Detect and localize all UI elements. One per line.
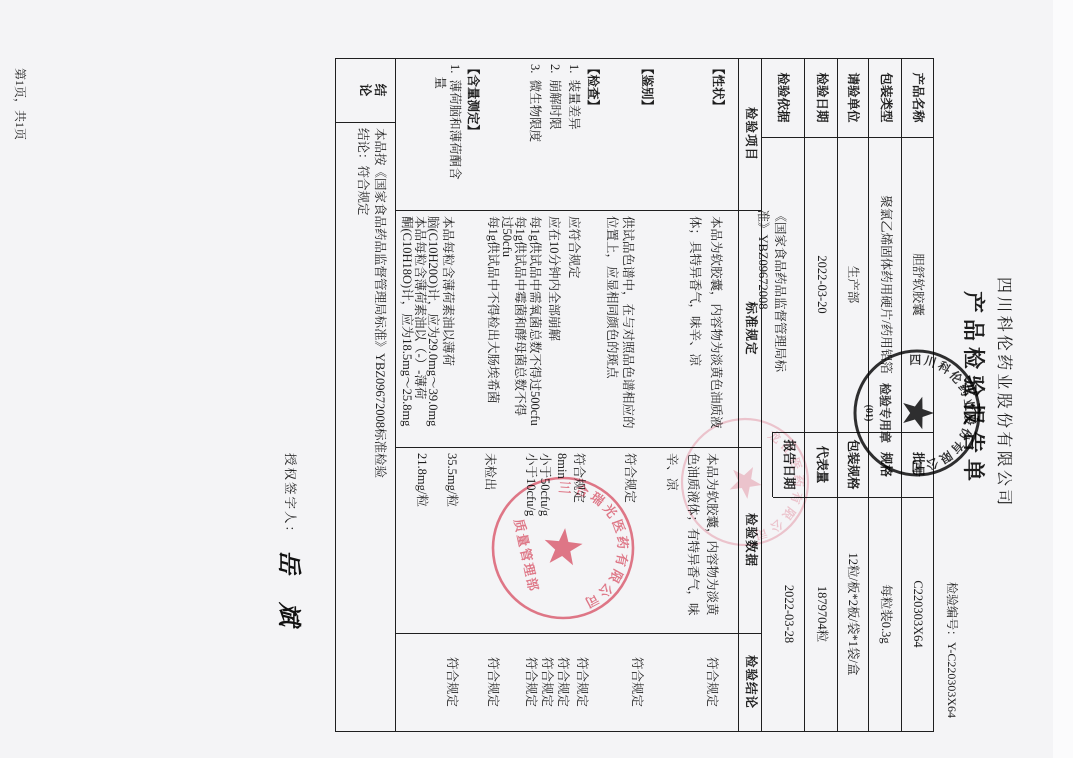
test-item-fill-variation: 1. 装量差异	[567, 64, 581, 130]
test-data: 符合规定	[572, 453, 586, 503]
batch-number-value: C220303X64	[911, 497, 925, 731]
test-item-disintegration: 2. 崩解时限	[548, 64, 562, 130]
cell-divider	[772, 432, 773, 497]
test-data: 符合规定	[623, 453, 637, 503]
product-name-value: 胆舒软胶囊	[911, 137, 925, 432]
company-name: 四川科伦药业股份有限公司	[994, 277, 1012, 509]
conclusion-label: 论	[358, 58, 372, 122]
test-data: 未检出	[483, 453, 497, 491]
test-standard: 过50cfu	[500, 216, 514, 257]
test-item-menthol-content: 1. 薄荷脑和薄荷酮含	[448, 64, 462, 180]
test-section-assay: 【含量测定】	[466, 62, 480, 137]
test-standard: 本品每粒含薄荷素油以（-）-薄荷	[413, 216, 427, 399]
test-standard: 本品为软胶囊，内容物为淡黄色油质液	[709, 216, 723, 429]
specification-label: 规格	[879, 432, 893, 497]
column-header-standard: 标准规定	[744, 210, 758, 447]
page-indicator: 第1页，共1页	[13, 68, 27, 140]
test-data: 8min	[555, 453, 569, 479]
conclusion-text: 本品按《国家食品药品监督管理局标准》YBZ09672008标准检验	[373, 128, 387, 478]
test-section-examination: 【检查】	[586, 62, 600, 112]
signatory-signature: 岳斌	[276, 550, 302, 654]
package-type-label: 包装类型	[879, 58, 893, 137]
inspection-date-label: 检验日期	[815, 58, 829, 137]
row-divider	[868, 58, 869, 731]
report-number: 检验编号：Y-C220303X64	[945, 582, 959, 718]
row-divider	[804, 58, 805, 731]
signatory-label: 授权签字人：	[283, 453, 297, 540]
column-divider	[396, 210, 762, 211]
test-standard: 每1g供试品中不得检出大肠埃希菌	[486, 216, 500, 404]
test-result: 符合规定	[556, 633, 570, 731]
report-date-label: 报告日期	[782, 432, 796, 497]
test-standard: 脑(C10H20O)计，应为29.0mg～39.0mg	[426, 216, 440, 426]
test-data: 小于10cfu/g	[524, 453, 538, 516]
test-item-identification: 【鉴别】	[640, 62, 654, 112]
report-date-value: 2022-03-28	[782, 497, 796, 731]
test-data: 本品为软胶囊，内容物为淡黄	[705, 453, 719, 616]
requesting-unit-label: 请验单位	[846, 58, 860, 137]
requesting-unit-value: 生产部	[846, 137, 860, 432]
column-header-item: 检验项目	[744, 58, 758, 210]
row-divider	[837, 58, 838, 731]
test-standard: 位置上，应显相同颜色的斑点	[605, 216, 619, 379]
test-data: 35.5mg/粒	[445, 453, 459, 507]
test-standard: 供试品色谱中，在与对照品色谱相应的	[621, 216, 635, 429]
test-result: 符合规定	[630, 633, 644, 731]
test-item-microbial-limit: 3. 微生物限度	[528, 64, 542, 142]
column-divider	[396, 447, 762, 448]
scan-edge	[1053, 0, 1073, 758]
batch-number-label: 批号	[911, 432, 925, 497]
inspection-report-page: 四川科伦药业股份有限公司 产品检验报告单 检验编号：Y-C220303X64 产…	[0, 0, 1073, 758]
test-standard: 体；具特异香气，味辛、凉	[688, 216, 702, 366]
report-title: 产品检验报告单	[961, 291, 985, 487]
test-item-appearance: 【性状】	[711, 62, 725, 112]
test-data: 辛、凉	[665, 453, 679, 491]
package-spec-value: 12粒/板*2板/袋*1袋/盒	[846, 497, 860, 731]
test-data: 小于50cfu/g	[538, 453, 552, 516]
row-divider	[395, 58, 396, 731]
test-result: 符合规定	[575, 633, 589, 731]
test-result: 符合规定	[540, 633, 554, 731]
report-number-label: 检验编号：	[945, 582, 959, 642]
test-standard: 应在10分钟内全部崩解	[547, 216, 561, 341]
test-item-menthol-content: 量	[433, 64, 447, 89]
package-type-value: 聚氯乙烯固体药用硬片/药用铝箔	[879, 137, 893, 432]
test-result: 符合规定	[705, 633, 719, 731]
test-data: 21.8mg/粒	[415, 453, 429, 507]
row-divider	[901, 58, 902, 731]
inspection-basis-line: 《国家食品药品监督管理局标	[770, 209, 787, 372]
product-name-label: 产品名称	[911, 58, 925, 137]
test-result: 符合规定	[486, 633, 500, 731]
sample-quantity-value: 1879704粒	[815, 497, 829, 731]
test-standard: 每1g供试品中霉菌和酵母菌总数不得	[513, 216, 527, 416]
test-result: 符合规定	[524, 633, 538, 731]
report-number-value: Y-C220303X64	[945, 642, 959, 718]
package-spec-label: 包装规格	[846, 432, 860, 497]
sample-quantity-label: 代表量	[815, 432, 829, 497]
column-header-result: 检验结论	[744, 633, 758, 731]
test-data: 色油质液体；有特异香气，味	[686, 453, 700, 616]
test-standard: 应符合规定	[567, 216, 581, 279]
conclusion-label: 结	[373, 58, 387, 122]
specification-value: 每粒装0.3g	[879, 497, 893, 731]
test-standard: 酮(C10H18O)计，应为18.5mg～25.8mg	[400, 216, 414, 426]
test-result: 符合规定	[445, 633, 459, 731]
test-standard: 本品每粒含薄荷素油以薄荷	[441, 216, 455, 366]
test-standard: 每1g供试品中需氧菌总数不得过500cfu	[528, 216, 542, 426]
inspection-date-value: 2022-03-20	[815, 137, 829, 432]
column-header-data: 检验数据	[744, 447, 758, 633]
column-divider	[336, 122, 396, 123]
inspection-basis-label: 检验依据	[776, 58, 790, 137]
conclusion-text: 结论：符合规定	[356, 128, 370, 216]
